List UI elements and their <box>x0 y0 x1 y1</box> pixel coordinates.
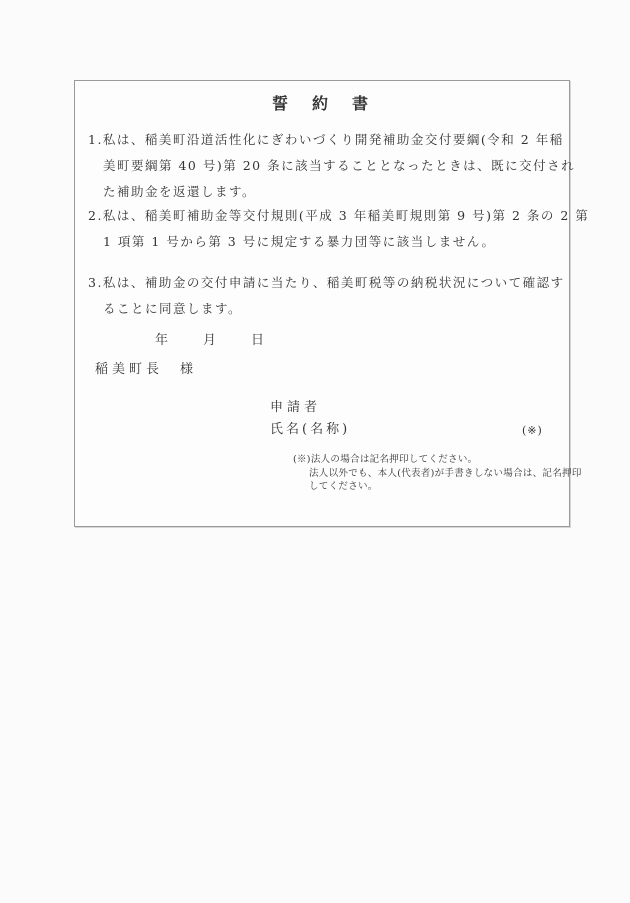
clause-1: 1.私は、稲美町沿道活性化にぎわいづくり開発補助金交付要綱(令和 2 年稲 美町… <box>88 127 563 205</box>
clause-1-line-2: 美町要綱第 40 号)第 20 条に該当することとなったときは、既に交付され <box>88 153 563 179</box>
name-label: 氏名(名称) <box>270 423 350 437</box>
pledge-document: 誓 約 書 1.私は、稲美町沿道活性化にぎわいづくり開発補助金交付要綱(令和 2… <box>74 80 570 527</box>
footnote: (※)法人の場合は記名押印してください。 法人以外でも、本人(代表者)が手書きし… <box>293 453 582 494</box>
footnote-line-1: (※)法人の場合は記名押印してください。 <box>293 453 582 467</box>
date-line: 年 月 日 <box>155 334 267 348</box>
addressee-line: 稲美町長 様 <box>95 363 197 377</box>
clause-1-line-1: 1.私は、稲美町沿道活性化にぎわいづくり開発補助金交付要綱(令和 2 年稲 <box>88 127 563 153</box>
footnote-line-3: してください。 <box>293 480 582 494</box>
reference-mark: (※) <box>522 425 543 437</box>
clause-2-line-2: 1 項第 1 号から第 3 号に規定する暴力団等に該当しません。 <box>88 229 563 255</box>
clause-1-line-3: た補助金を返還します。 <box>88 179 563 205</box>
footnote-line-2: 法人以外でも、本人(代表者)が手書きしない場合は、記名押印 <box>293 467 582 481</box>
document-title: 誓 約 書 <box>75 95 569 112</box>
clause-3-line-1: 3.私は、補助金の交付申請に当たり、稲美町税等の納税状況について確認す <box>88 270 563 296</box>
clause-3-line-2: ることに同意します。 <box>88 296 563 322</box>
clause-3: 3.私は、補助金の交付申請に当たり、稲美町税等の納税状況について確認す ることに… <box>88 270 563 322</box>
clause-2: 2.私は、稲美町補助金等交付規則(平成 3 年稲美町規則第 9 号)第 2 条の… <box>88 203 563 255</box>
clause-2-line-1: 2.私は、稲美町補助金等交付規則(平成 3 年稲美町規則第 9 号)第 2 条の… <box>88 203 563 229</box>
applicant-label: 申請者 <box>270 401 321 415</box>
